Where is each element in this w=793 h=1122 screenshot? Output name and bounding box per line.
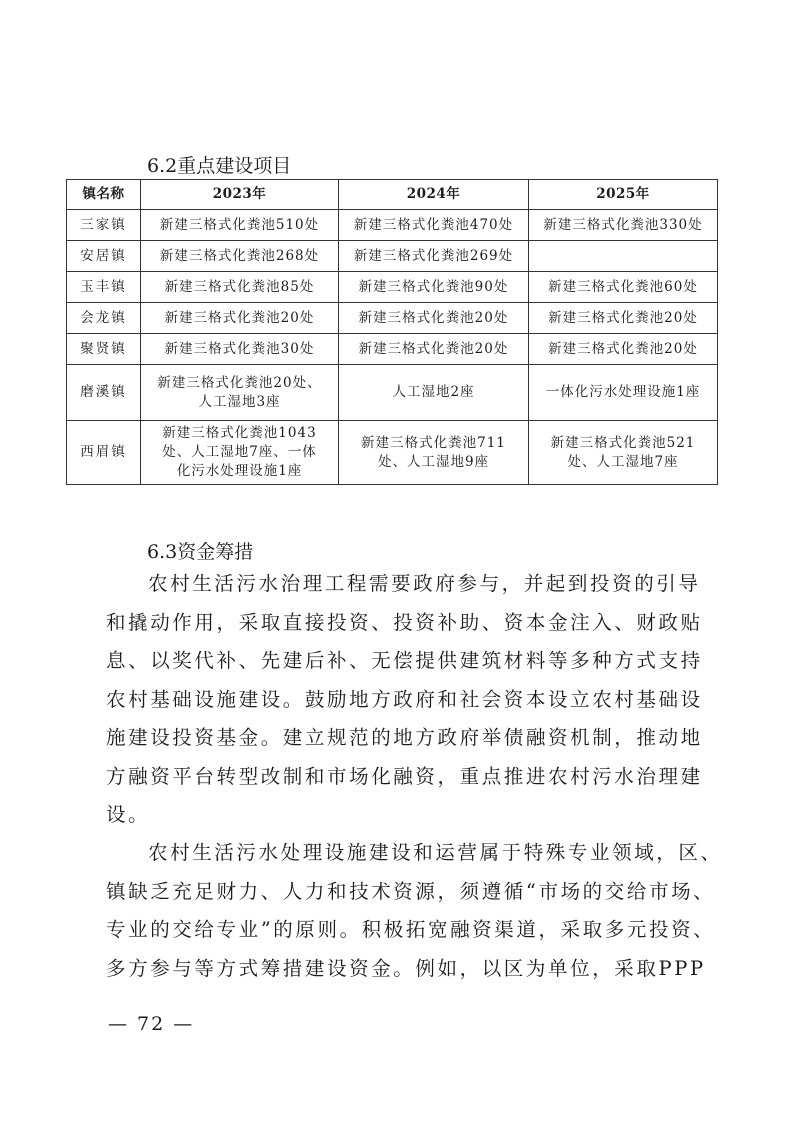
town-cell: 西眉镇: [67, 421, 141, 485]
header-2025: 2025年: [529, 180, 718, 210]
cell-2024: 新建三格式化粪池90处: [339, 272, 529, 303]
cell-2023: 新建三格式化粪池85处: [141, 272, 339, 303]
table-row: 聚贤镇 新建三格式化粪池30处 新建三格式化粪池20处 新建三格式化粪池20处: [67, 334, 718, 365]
cell-2023: 新建三格式化粪池30处: [141, 334, 339, 365]
header-2023: 2023年: [141, 180, 339, 210]
cell-2024: 新建三格式化粪池20处: [339, 334, 529, 365]
cell-2025: [529, 241, 718, 272]
table-row: 西眉镇 新建三格式化粪池1043 处、人工湿地7座、一体 化污水处理设施1座 新…: [67, 421, 718, 485]
town-cell: 玉丰镇: [67, 272, 141, 303]
table-row: 三家镇 新建三格式化粪池510处 新建三格式化粪池470处 新建三格式化粪池33…: [67, 210, 718, 241]
cell-2023: 新建三格式化粪池20处、 人工湿地3座: [141, 365, 339, 421]
cell-2025: 新建三格式化粪池330处: [529, 210, 718, 241]
cell-2024: 新建三格式化粪池269处: [339, 241, 529, 272]
header-2024: 2024年: [339, 180, 529, 210]
key-projects-table: 镇名称 2023年 2024年 2025年 三家镇 新建三格式化粪池510处 新…: [66, 179, 718, 485]
page-number: — 72 —: [108, 1013, 194, 1035]
cell-2025: 新建三格式化粪池20处: [529, 334, 718, 365]
cell-2024: 新建三格式化粪池20处: [339, 303, 529, 334]
funding-paragraph-2: 农村生活污水处理设施建设和运营属于特殊专业领域，区、 镇缺乏充足财力、人力和技术…: [106, 834, 716, 988]
cell-2025: 新建三格式化粪池20处: [529, 303, 718, 334]
table-row: 安居镇 新建三格式化粪池268处 新建三格式化粪池269处: [67, 241, 718, 272]
cell-2025: 新建三格式化粪池521 处、人工湿地7座: [529, 421, 718, 485]
section-title-6-2: 6.2重点建设项目: [147, 151, 291, 178]
cell-2023: 新建三格式化粪池268处: [141, 241, 339, 272]
cell-2024: 人工湿地2座: [339, 365, 529, 421]
cell-2025: 新建三格式化粪池60处: [529, 272, 718, 303]
cell-2023: 新建三格式化粪池20处: [141, 303, 339, 334]
section-title-6-3: 6.3资金筹措: [147, 537, 253, 564]
table-row: 磨溪镇 新建三格式化粪池20处、 人工湿地3座 人工湿地2座 一体化污水处理设施…: [67, 365, 718, 421]
cell-2023: 新建三格式化粪池1043 处、人工湿地7座、一体 化污水处理设施1座: [141, 421, 339, 485]
cell-2024: 新建三格式化粪池711 处、人工湿地9座: [339, 421, 529, 485]
funding-paragraph-1: 农村生活污水治理工程需要政府参与，并起到投资的引导 和撬动作用，采取直接投资、投…: [106, 565, 716, 835]
cell-2024: 新建三格式化粪池470处: [339, 210, 529, 241]
town-cell: 会龙镇: [67, 303, 141, 334]
header-town: 镇名称: [67, 180, 141, 210]
cell-2023: 新建三格式化粪池510处: [141, 210, 339, 241]
town-cell: 磨溪镇: [67, 365, 141, 421]
town-cell: 聚贤镇: [67, 334, 141, 365]
town-cell: 三家镇: [67, 210, 141, 241]
town-cell: 安居镇: [67, 241, 141, 272]
cell-2025: 一体化污水处理设施1座: [529, 365, 718, 421]
table-header-row: 镇名称 2023年 2024年 2025年: [67, 180, 718, 210]
table-row: 玉丰镇 新建三格式化粪池85处 新建三格式化粪池90处 新建三格式化粪池60处: [67, 272, 718, 303]
table-row: 会龙镇 新建三格式化粪池20处 新建三格式化粪池20处 新建三格式化粪池20处: [67, 303, 718, 334]
